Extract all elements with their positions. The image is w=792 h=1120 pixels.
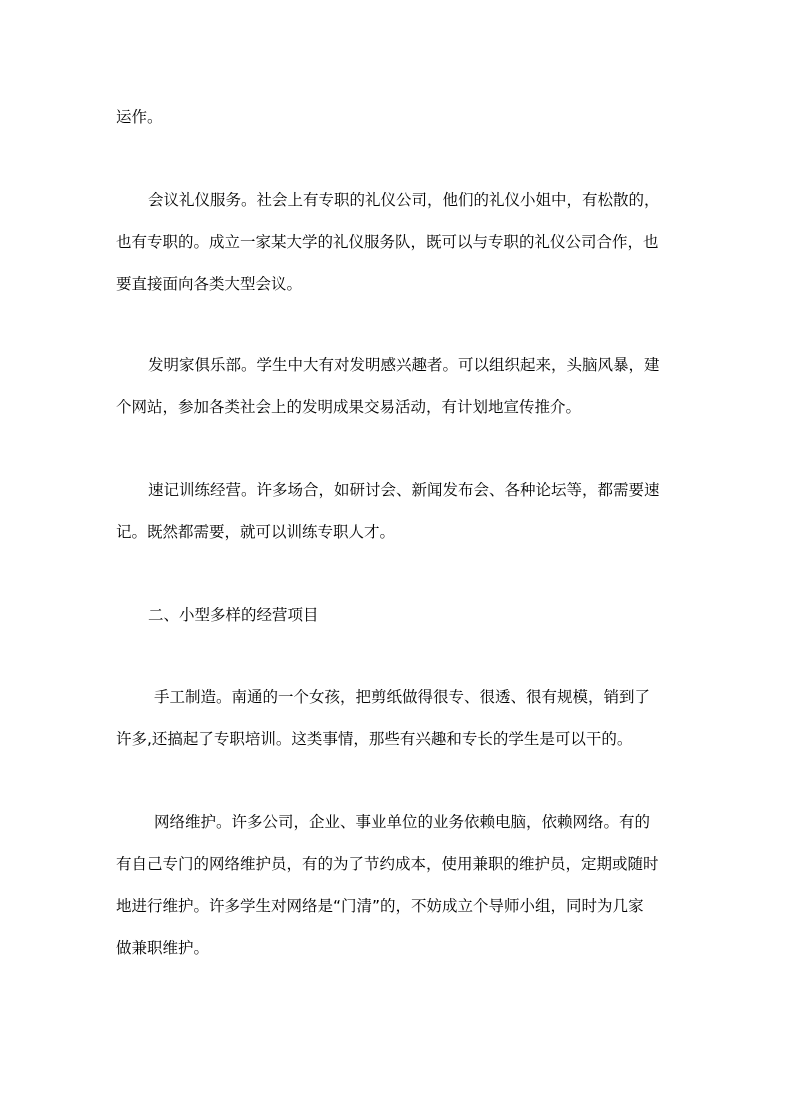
paragraph-stenography-line-2: 记。既然都需要，就可以训练专职人才。 (116, 522, 395, 542)
paragraph-continuation-line: 运作。 (116, 107, 163, 127)
paragraph-inventors-line-1: 发明家俱乐部。学生中大有对发明感兴趣者。可以组织起来，头脑风暴，建 (116, 355, 660, 375)
paragraph-etiquette-line-1: 会议礼仪服务。社会上有专职的礼仪公司，他们的礼仪小姐中，有松散的， (116, 190, 660, 210)
section-heading: 二、小型多样的经营项目 (116, 605, 319, 625)
paragraph-network-line-1: 网络维护。许多公司，企业、事业单位的业务依赖电脑，依赖网络。有的 (116, 812, 650, 832)
paragraph-network-line-4: 做兼职维护。 (116, 938, 209, 958)
paragraph-handcraft-line-1: 手工制造。南通的一个女孩，把剪纸做得很专、很透、很有规模，销到了 (116, 687, 650, 707)
paragraph-etiquette-line-3: 要直接面向各类大型会议。 (116, 274, 302, 294)
paragraph-inventors-line-2: 个网站，参加各类社会上的发明成果交易活动，有计划地宣传推介。 (116, 397, 581, 417)
paragraph-network-line-3: 地进行维护。许多学生对网络是“门清”的，不妨成立个导师小组，同时为几家 (116, 896, 644, 916)
paragraph-network-line-2: 有自己专门的网络维护员，有的为了节约成本，使用兼职的维护员，定期或随时 (116, 854, 659, 874)
paragraph-etiquette-line-2: 也有专职的。成立一家某大学的礼仪服务队，既可以与专职的礼仪公司合作，也 (116, 232, 659, 252)
paragraph-stenography-line-1: 速记训练经营。许多场合，如研讨会、新闻发布会、各种论坛等，都需要速 (116, 480, 660, 500)
paragraph-handcraft-line-2: 许多,还搞起了专职培训。这类事情，那些有兴趣和专长的学生是可以干的。 (116, 729, 632, 749)
